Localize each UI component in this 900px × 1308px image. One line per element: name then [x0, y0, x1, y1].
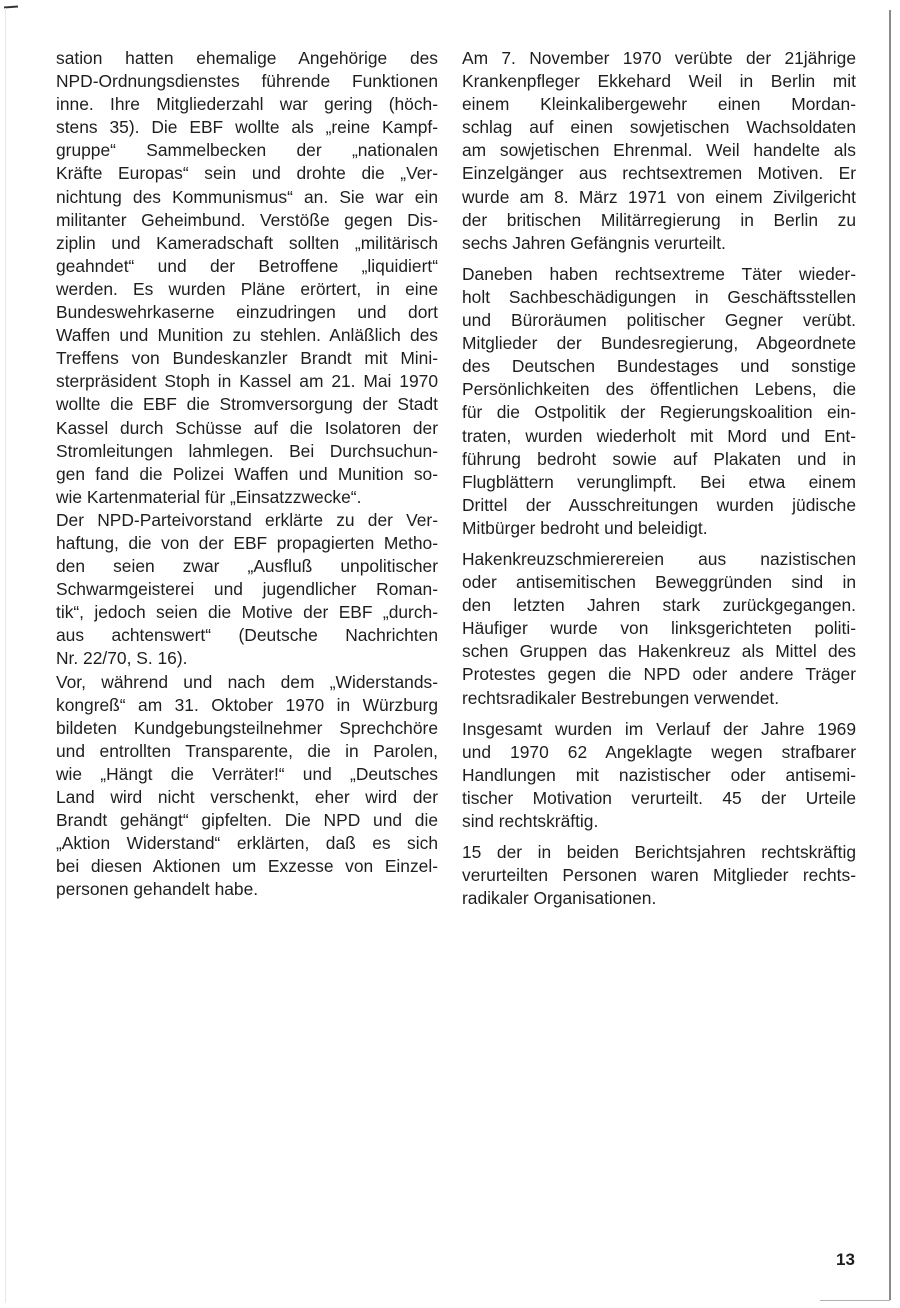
text-line: „Aktion Widerstand“ erklärten, daß es si…: [56, 832, 438, 855]
text-line: sechs Jahren Gefängnis verurteilt.: [462, 232, 856, 255]
text-line: Bundeswehrkaserne einzudringen und dort: [56, 301, 438, 324]
text-line: schlag auf einen sowjetischen Wachsoldat…: [462, 116, 856, 139]
text-line: Am 7. November 1970 verübte der 21jährig…: [462, 47, 856, 70]
text-line: Der NPD-Parteivorstand erklärte zu der V…: [56, 509, 438, 532]
page-number: 13: [836, 1250, 855, 1270]
page-bottom-edge-rule: [820, 1300, 890, 1301]
text-line: ziplin und Kameradschaft sollten „militä…: [56, 232, 438, 255]
text-line: Mitbürger bedroht und beleidigt.: [462, 517, 856, 540]
text-line: Handlungen mit nazistischer oder antisem…: [462, 764, 856, 787]
text-line: werden. Es wurden Pläne erörtert, in ein…: [56, 278, 438, 301]
text-line: Nr. 22/70, S. 16).: [56, 647, 438, 670]
text-line: Waffen und Munition zu stehlen. Anläßlic…: [56, 324, 438, 347]
text-line: stens 35). Die EBF wollte als „reine Kam…: [56, 116, 438, 139]
text-line: personen gehandelt habe.: [56, 878, 438, 901]
text-line: bildeten Kundgebungsteilnehmer Sprechchö…: [56, 717, 438, 740]
text-line: am sowjetischen Ehrenmal. Weil handelte …: [462, 139, 856, 162]
left-text-column: sation hatten ehemalige Angehörige desNP…: [56, 47, 438, 901]
text-line: Flugblättern verunglimpft. Bei etwa eine…: [462, 471, 856, 494]
text-line: Daneben haben rechtsextreme Täter wieder…: [462, 263, 856, 286]
text-line: sind rechtskräftig.: [462, 810, 856, 833]
text-line: der britischen Militärregierung in Berli…: [462, 209, 856, 232]
text-line: Hakenkreuzschmierereien aus nazistischen: [462, 548, 856, 571]
text-line: tischer Motivation verurteilt. 45 der Ur…: [462, 787, 856, 810]
text-line: den letzten Jahren stark zurückgegangen.: [462, 594, 856, 617]
text-line: Insgesamt wurden im Verlauf der Jahre 19…: [462, 718, 856, 741]
text-line: inne. Ihre Mitgliederzahl war gering (hö…: [56, 93, 438, 116]
text-line: verurteilten Personen waren Mitglieder r…: [462, 864, 856, 887]
text-line: aus achtenswert“ (Deutsche Nachrichten: [56, 624, 438, 647]
text-line: Vor, während und nach dem „Widerstands-: [56, 671, 438, 694]
text-line: wie Kartenmaterial für „Einsatzzwecke“.: [56, 486, 438, 509]
text-line: Einzelgänger aus rechtsextremen Motiven.…: [462, 162, 856, 185]
text-line: rechtsradikaler Bestrebungen verwendet.: [462, 687, 856, 710]
right-text-column: Am 7. November 1970 verübte der 21jährig…: [462, 47, 856, 918]
text-line: tik“, jedoch seien die Motive der EBF „d…: [56, 601, 438, 624]
text-line: Häufiger wurde von linksgerichteten poli…: [462, 617, 856, 640]
text-line: des Deutschen Bundestages und sonstige: [462, 355, 856, 378]
text-line: für die Ostpolitik der Regierungskoaliti…: [462, 401, 856, 424]
text-line: militanter Geheimbund. Verstöße gegen Di…: [56, 209, 438, 232]
text-line: traten, wurden wiederholt mit Mord und E…: [462, 425, 856, 448]
text-line: wie „Hängt die Verräter!“ und „Deutsches: [56, 763, 438, 786]
scan-corner-mark: [4, 6, 18, 9]
text-line: radikaler Organisationen.: [462, 887, 856, 910]
text-line: und Büroräumen politischer Gegner verübt…: [462, 309, 856, 332]
page-right-edge-rule: [889, 10, 891, 1300]
text-line: oder antisemitischen Beweggründen sind i…: [462, 571, 856, 594]
text-line: sterpräsident Stoph in Kassel am 21. Mai…: [56, 370, 438, 393]
text-line: 15 der in beiden Berichtsjahren rechtskr…: [462, 841, 856, 864]
text-line: Kräfte Europas“ sein und drohte die „Ver…: [56, 162, 438, 185]
text-line: und 1970 62 Angeklagte wegen strafbarer: [462, 741, 856, 764]
paragraph: sation hatten ehemalige Angehörige desNP…: [56, 47, 438, 509]
text-line: wollte die EBF die Stromversorgung der S…: [56, 393, 438, 416]
text-line: Treffens von Bundeskanzler Brandt mit Mi…: [56, 347, 438, 370]
text-line: Schwarmgeisterei und jugendlicher Roman-: [56, 578, 438, 601]
text-line: haftung, die von der EBF propagierten Me…: [56, 532, 438, 555]
text-line: Kassel durch Schüsse auf die Isolatoren …: [56, 417, 438, 440]
text-line: NPD-Ordnungsdienstes führende Funktionen: [56, 70, 438, 93]
text-line: kongreß“ am 31. Oktober 1970 in Würzburg: [56, 694, 438, 717]
text-line: Persönlichkeiten des öffentlichen Lebens…: [462, 378, 856, 401]
text-line: Drittel der Ausschreitungen wurden jüdis…: [462, 494, 856, 517]
text-line: Protestes gegen die NPD oder andere Träg…: [462, 663, 856, 686]
paragraph: Daneben haben rechtsextreme Täter wieder…: [462, 263, 856, 540]
paragraph: Vor, während und nach dem „Widerstands-k…: [56, 671, 438, 902]
text-line: wurde am 8. März 1971 von einem Zivilger…: [462, 186, 856, 209]
text-line: einem Kleinkalibergewehr einen Mordan-: [462, 93, 856, 116]
text-line: holt Sachbeschädigungen in Geschäftsstel…: [462, 286, 856, 309]
text-line: sation hatten ehemalige Angehörige des: [56, 47, 438, 70]
text-line: gruppe“ Sammelbecken der „nationalen: [56, 139, 438, 162]
text-line: den seien zwar „Ausfluß unpolitischer: [56, 555, 438, 578]
text-line: und entrollten Transparente, die in Paro…: [56, 740, 438, 763]
text-line: Mitglieder der Bundesregierung, Abgeordn…: [462, 332, 856, 355]
text-line: Land wird nicht verschenkt, eher wird de…: [56, 786, 438, 809]
page-left-edge: [5, 8, 6, 1303]
text-line: nichtung des Kommunismus“ an. Sie war ei…: [56, 186, 438, 209]
paragraph: Insgesamt wurden im Verlauf der Jahre 19…: [462, 718, 856, 833]
paragraph: Der NPD-Parteivorstand erklärte zu der V…: [56, 509, 438, 671]
text-line: Krankenpfleger Ekkehard Weil in Berlin m…: [462, 70, 856, 93]
paragraph: Am 7. November 1970 verübte der 21jährig…: [462, 47, 856, 255]
text-line: geahndet“ und der Betroffene „liquidiert…: [56, 255, 438, 278]
text-line: Brandt gehängt“ gipfelten. Die NPD und d…: [56, 809, 438, 832]
text-line: gen fand die Polizei Waffen und Munition…: [56, 463, 438, 486]
paragraph: Hakenkreuzschmierereien aus nazistischen…: [462, 548, 856, 710]
text-line: Stromleitungen lahmlegen. Bei Durchsuchu…: [56, 440, 438, 463]
text-line: bei diesen Aktionen um Exzesse von Einze…: [56, 855, 438, 878]
paragraph: 15 der in beiden Berichtsjahren rechtskr…: [462, 841, 856, 910]
text-line: schen Gruppen das Hakenkreuz als Mittel …: [462, 640, 856, 663]
text-line: führung bedroht sowie auf Plakaten und i…: [462, 448, 856, 471]
